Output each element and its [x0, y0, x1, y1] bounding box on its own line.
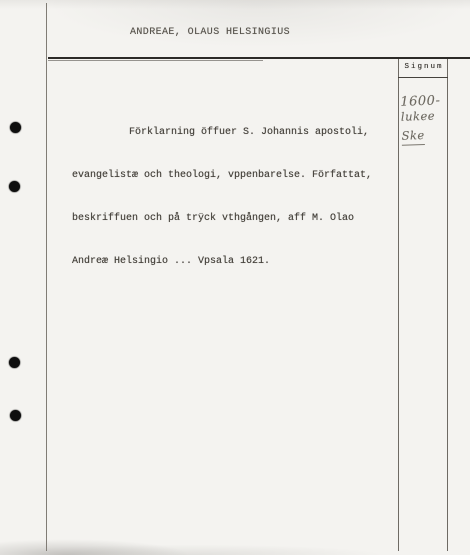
card-heading: ANDREAE, OLAUS HELSINGIUS: [130, 27, 290, 38]
catalog-card: ANDREAE, OLAUS HELSINGIUS Signum Förklar…: [0, 0, 470, 555]
body-line: Förklarning öffuer S. Johannis apostoli,: [72, 126, 388, 140]
handwritten-shelfmark-line: lukee: [401, 108, 445, 125]
card-body-text: Förklarning öffuer S. Johannis apostoli,…: [72, 97, 388, 299]
body-line: evangelistæ och theologi, vppenbarelse. …: [72, 169, 388, 183]
signum-label: Signum: [398, 63, 448, 71]
punch-hole: [10, 122, 21, 133]
punch-hole: [10, 410, 21, 421]
body-line: beskriffuen och på trÿck vthgången, aff …: [72, 212, 388, 226]
punch-hole: [9, 357, 20, 368]
signum-column-right-rule: [447, 59, 448, 551]
signum-handwriting: 1600- lukee Ske: [400, 93, 446, 146]
handwritten-shelfmark-line: 1600-: [400, 93, 444, 110]
punch-hole: [9, 181, 20, 192]
body-line: Andreæ Helsingio ... Vpsala 1621.: [72, 255, 388, 269]
handwritten-shelfmark-line: Ske: [401, 128, 425, 146]
signum-header-divider: [398, 77, 448, 78]
header-rule: [48, 57, 470, 59]
signum-column-left-rule: [398, 59, 399, 551]
header-rule-echo: [48, 60, 263, 61]
left-margin-rule: [46, 3, 47, 551]
